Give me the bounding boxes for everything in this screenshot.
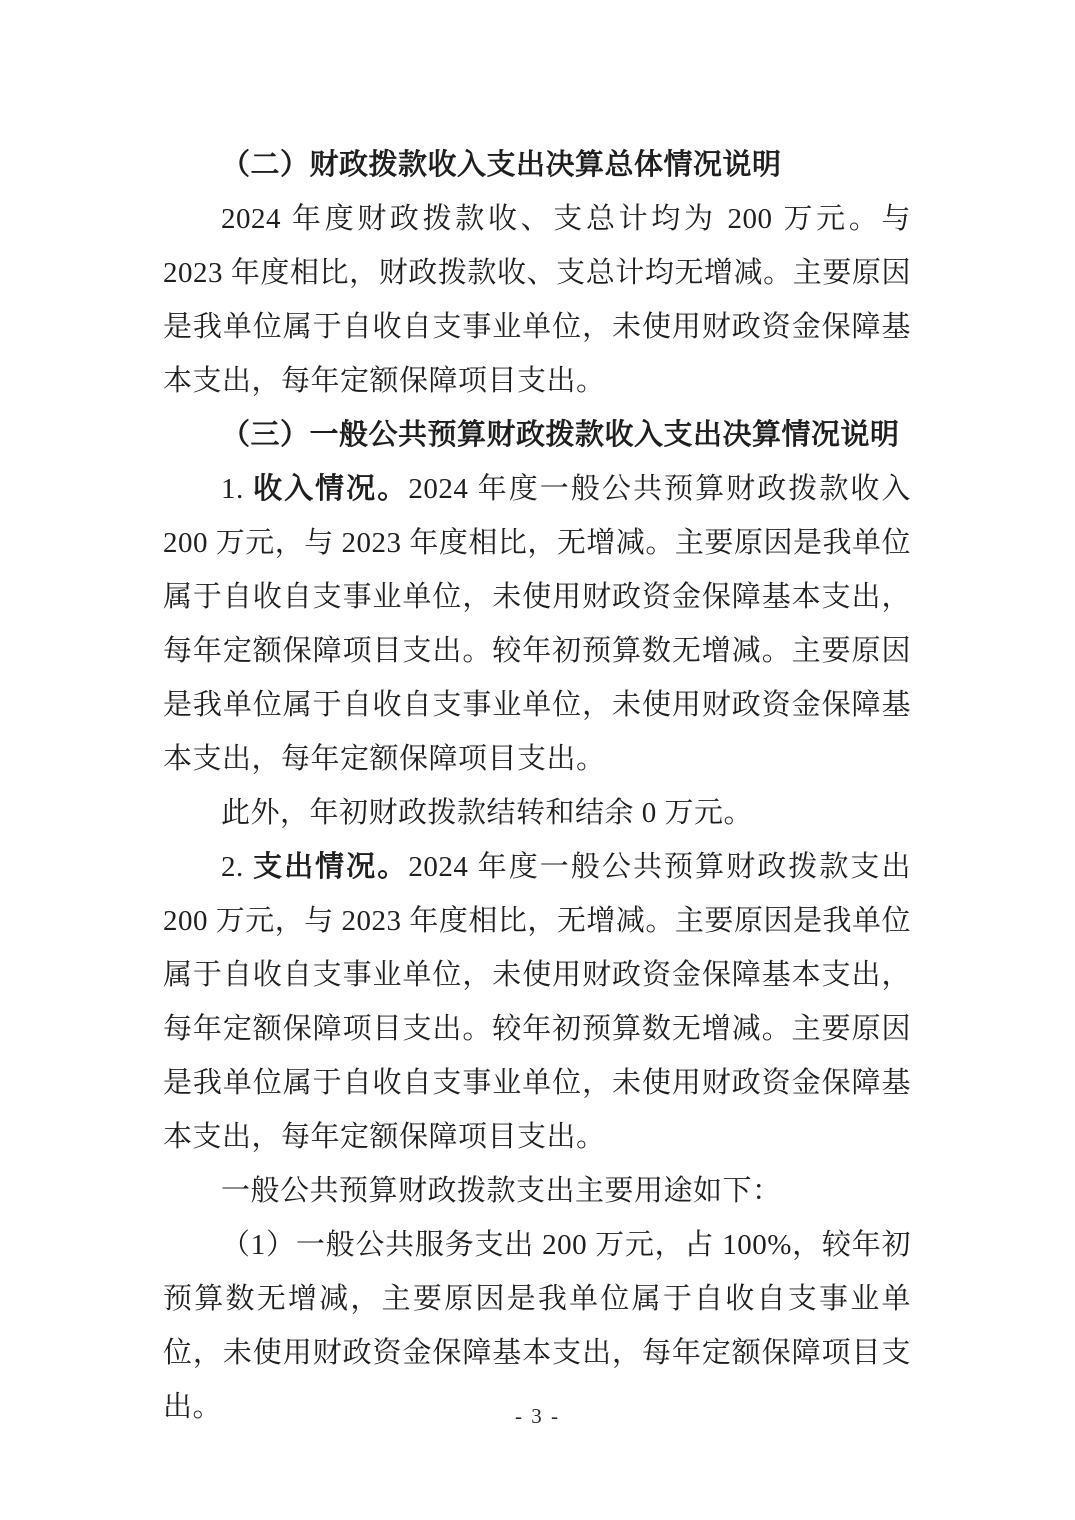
item-number: 2. <box>221 851 253 883</box>
para-expenditure-situation: 2. 支出情况。2024 年度一般公共预算财政拨款支出 200 万元，与 202… <box>163 840 911 1164</box>
para-income-situation: 1. 收入情况。2024 年度一般公共预算财政拨款收入 200 万元，与 202… <box>163 462 911 786</box>
section-heading-fiscal-appropriation-overview: （二）财政拨款收入支出决算总体情况说明 <box>163 138 911 192</box>
item-number: 1. <box>221 473 253 505</box>
section-heading-general-public-budget: （三）一般公共预算财政拨款收入支出决算情况说明 <box>163 408 911 462</box>
paragraph-text: 2024 年度财政拨款收、支总计均为 200 万元。与 2023 年度相比，财政… <box>163 203 911 397</box>
paragraph-text: （1）一般公共服务支出 200 万元，占 100%，较年初预算数无增减，主要原因… <box>163 1229 911 1423</box>
document-page: （二）财政拨款收入支出决算总体情况说明 2024 年度财政拨款收、支总计均为 2… <box>0 0 1075 1520</box>
para-carryover-balance: 此外，年初财政拨款结转和结余 0 万元。 <box>163 786 911 840</box>
paragraph-text: 此外，年初财政拨款结转和结余 0 万元。 <box>221 797 753 829</box>
document-body: （二）财政拨款收入支出决算总体情况说明 2024 年度财政拨款收、支总计均为 2… <box>163 138 911 1434</box>
page-number: - 3 - <box>0 1402 1075 1430</box>
paragraph-text: 一般公共预算财政拨款支出主要用途如下： <box>221 1175 782 1207</box>
para-usage-intro: 一般公共预算财政拨款支出主要用途如下： <box>163 1164 911 1218</box>
para-fiscal-appropriation-overview: 2024 年度财政拨款收、支总计均为 200 万元。与 2023 年度相比，财政… <box>163 192 911 408</box>
item-lead-expenditure: 支出情况。 <box>253 851 408 883</box>
paragraph-text: 2024 年度一般公共预算财政拨款支出 200 万元，与 2023 年度相比，无… <box>163 851 911 1153</box>
item-lead-income: 收入情况。 <box>253 473 408 505</box>
paragraph-text: 2024 年度一般公共预算财政拨款收入 200 万元，与 2023 年度相比，无… <box>163 473 911 775</box>
